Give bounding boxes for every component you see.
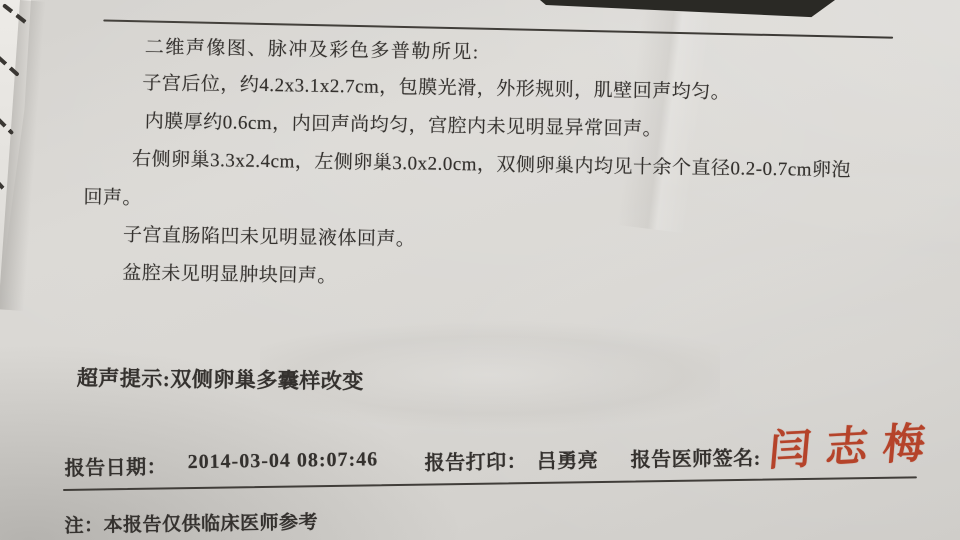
report-date-label: 报告日期：: [64, 450, 167, 481]
physician-signature-label: 报告医师签名:: [630, 442, 761, 473]
printed-by-label: 报告打印：: [424, 445, 527, 476]
footer-underline: [63, 476, 917, 491]
disclaimer-note: 注：本报告仅供临床医师参考: [64, 507, 318, 538]
ultrasound-report-photo: 二维声像图、脉冲及彩色多普勒所见: 子宫后位，约4.2x3.1x2.7cm，包膜…: [0, 0, 960, 540]
physician-signature-handwriting: 闫志梅: [767, 409, 943, 478]
report-date-value: 2014-03-04 08:07:46: [187, 448, 378, 474]
printed-by-value: 吕勇亮: [536, 444, 598, 474]
